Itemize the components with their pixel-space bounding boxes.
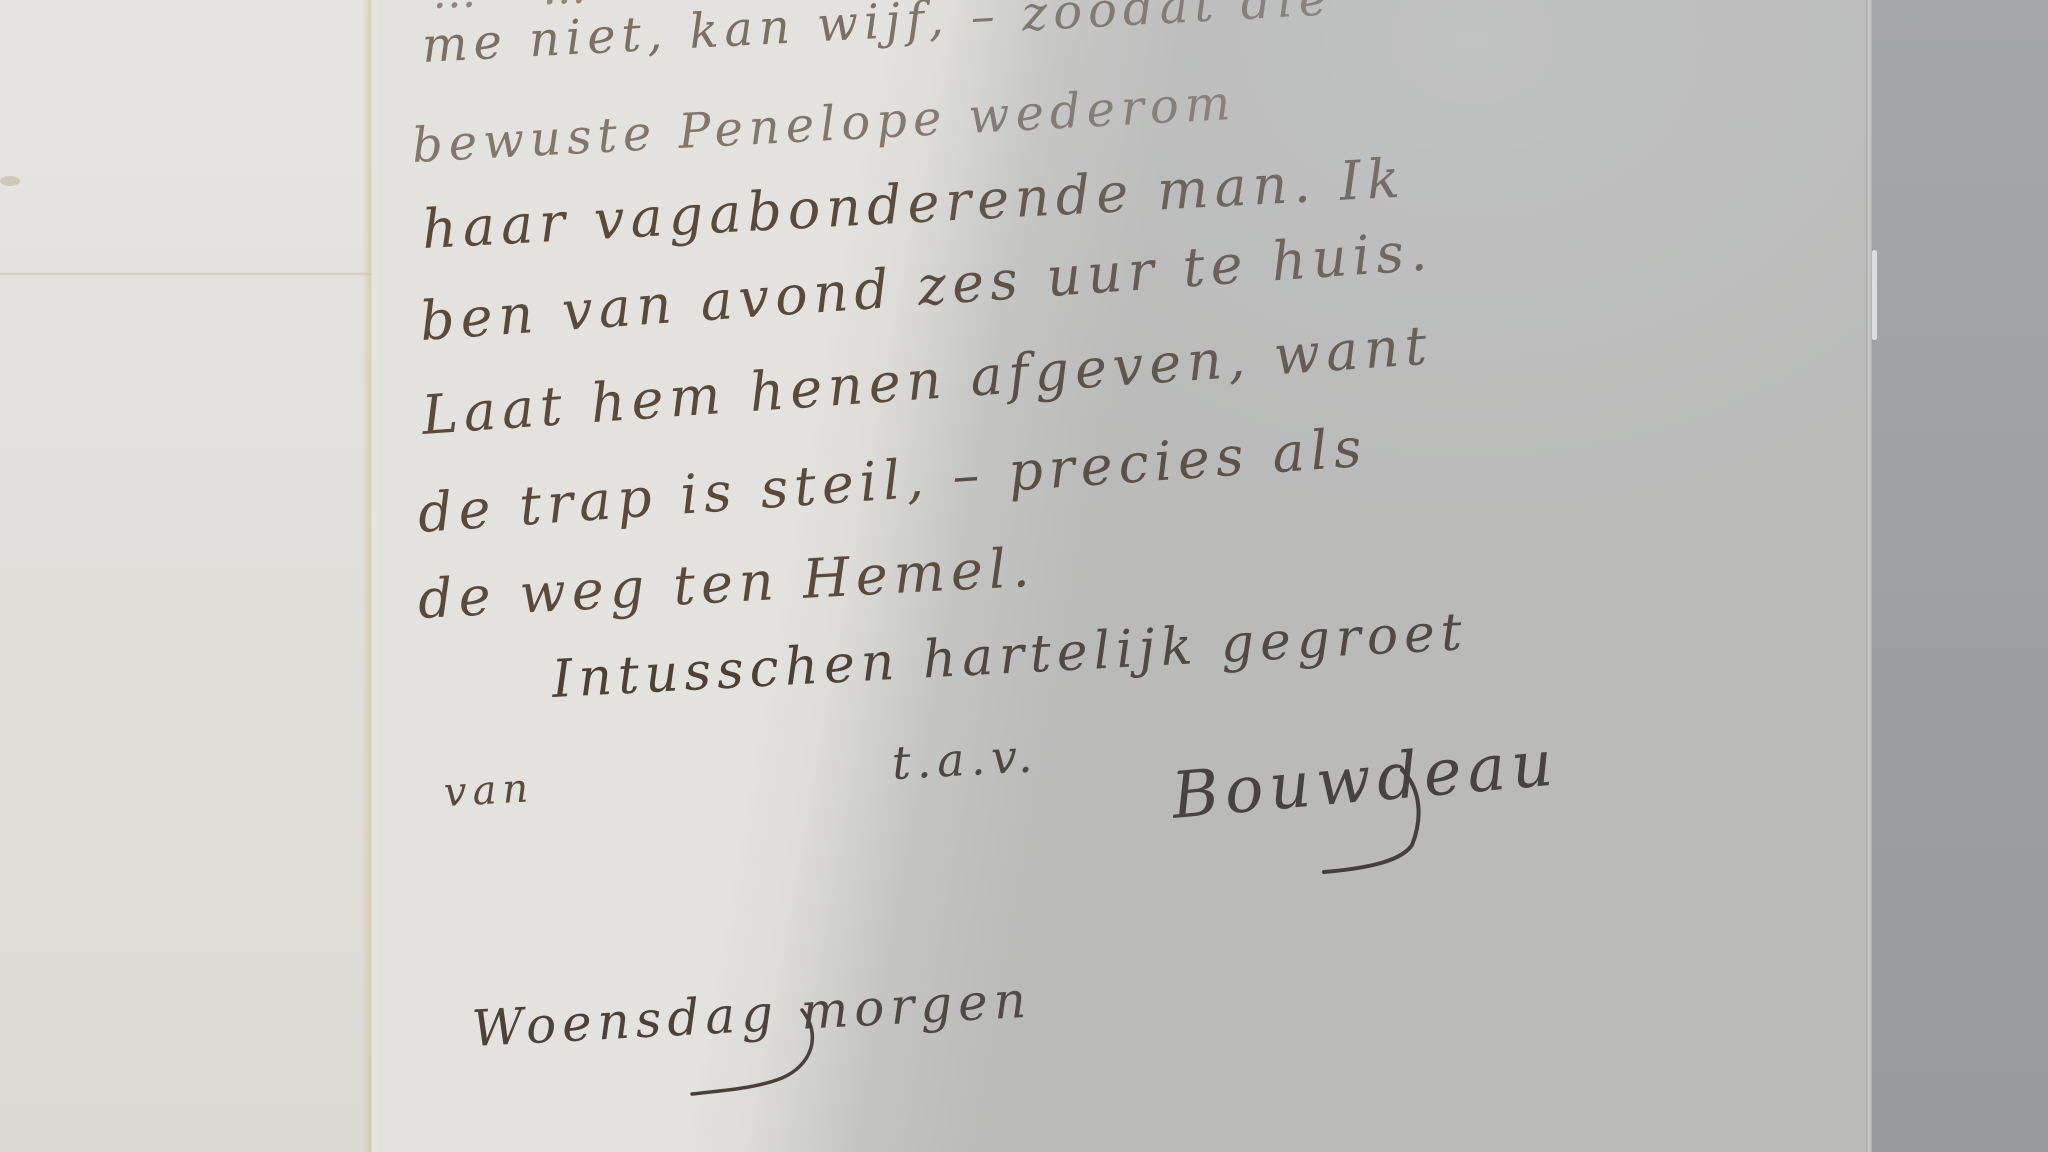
closing-prefix: van (443, 765, 536, 816)
paper-edge-curl (1872, 250, 1877, 340)
letter-line-2: bewuste Penelope wederom (411, 75, 1238, 174)
horizontal-fold-crease (0, 272, 380, 276)
letter-page: … … me niet, kan wijf, – zoodat die bewu… (372, 0, 1872, 1152)
closing-abbreviation: t.a.v. (891, 728, 1040, 790)
dateline: Woensdag morgen (470, 971, 1033, 1058)
signature: Bouwdeau (1169, 726, 1562, 834)
background-surface (1872, 0, 2048, 1152)
left-page-verso (0, 0, 380, 1152)
paper-stain (0, 176, 20, 186)
photo-scene: … … me niet, kan wijf, – zoodat die bewu… (0, 0, 2048, 1152)
paper-right-edge (1866, 0, 1872, 1152)
vertical-fold-crease (362, 0, 380, 1152)
letter-line-7: de weg ten Hemel. (416, 536, 1036, 631)
letter-line-greeting: Intusschen hartelijk gegroet (550, 602, 1469, 710)
letter-line-1: me niet, kan wijf, – zoodat die (421, 0, 1335, 74)
